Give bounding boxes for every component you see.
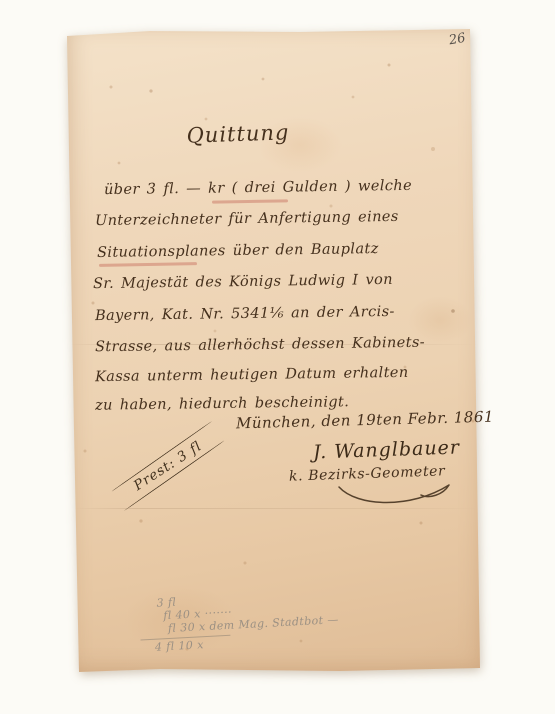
annotation-text: Prest: 3 fl [131, 438, 205, 494]
photo-background: 26 Quittung über 3 fl. — kr ( drei Gulde… [0, 0, 555, 714]
foxing-spots [0, 0, 2, 2]
signature-flourish [333, 481, 463, 511]
pencil-line-1: 3 fl [156, 596, 176, 610]
pencil-calculation: 3 fl fl 40 x ······· fl 30 x dem Mag. St… [138, 586, 351, 669]
document-title: Quittung [186, 120, 291, 148]
corner-page-number: 26 [448, 31, 467, 49]
pencil-line-total: 4 fl 10 x [155, 638, 205, 654]
